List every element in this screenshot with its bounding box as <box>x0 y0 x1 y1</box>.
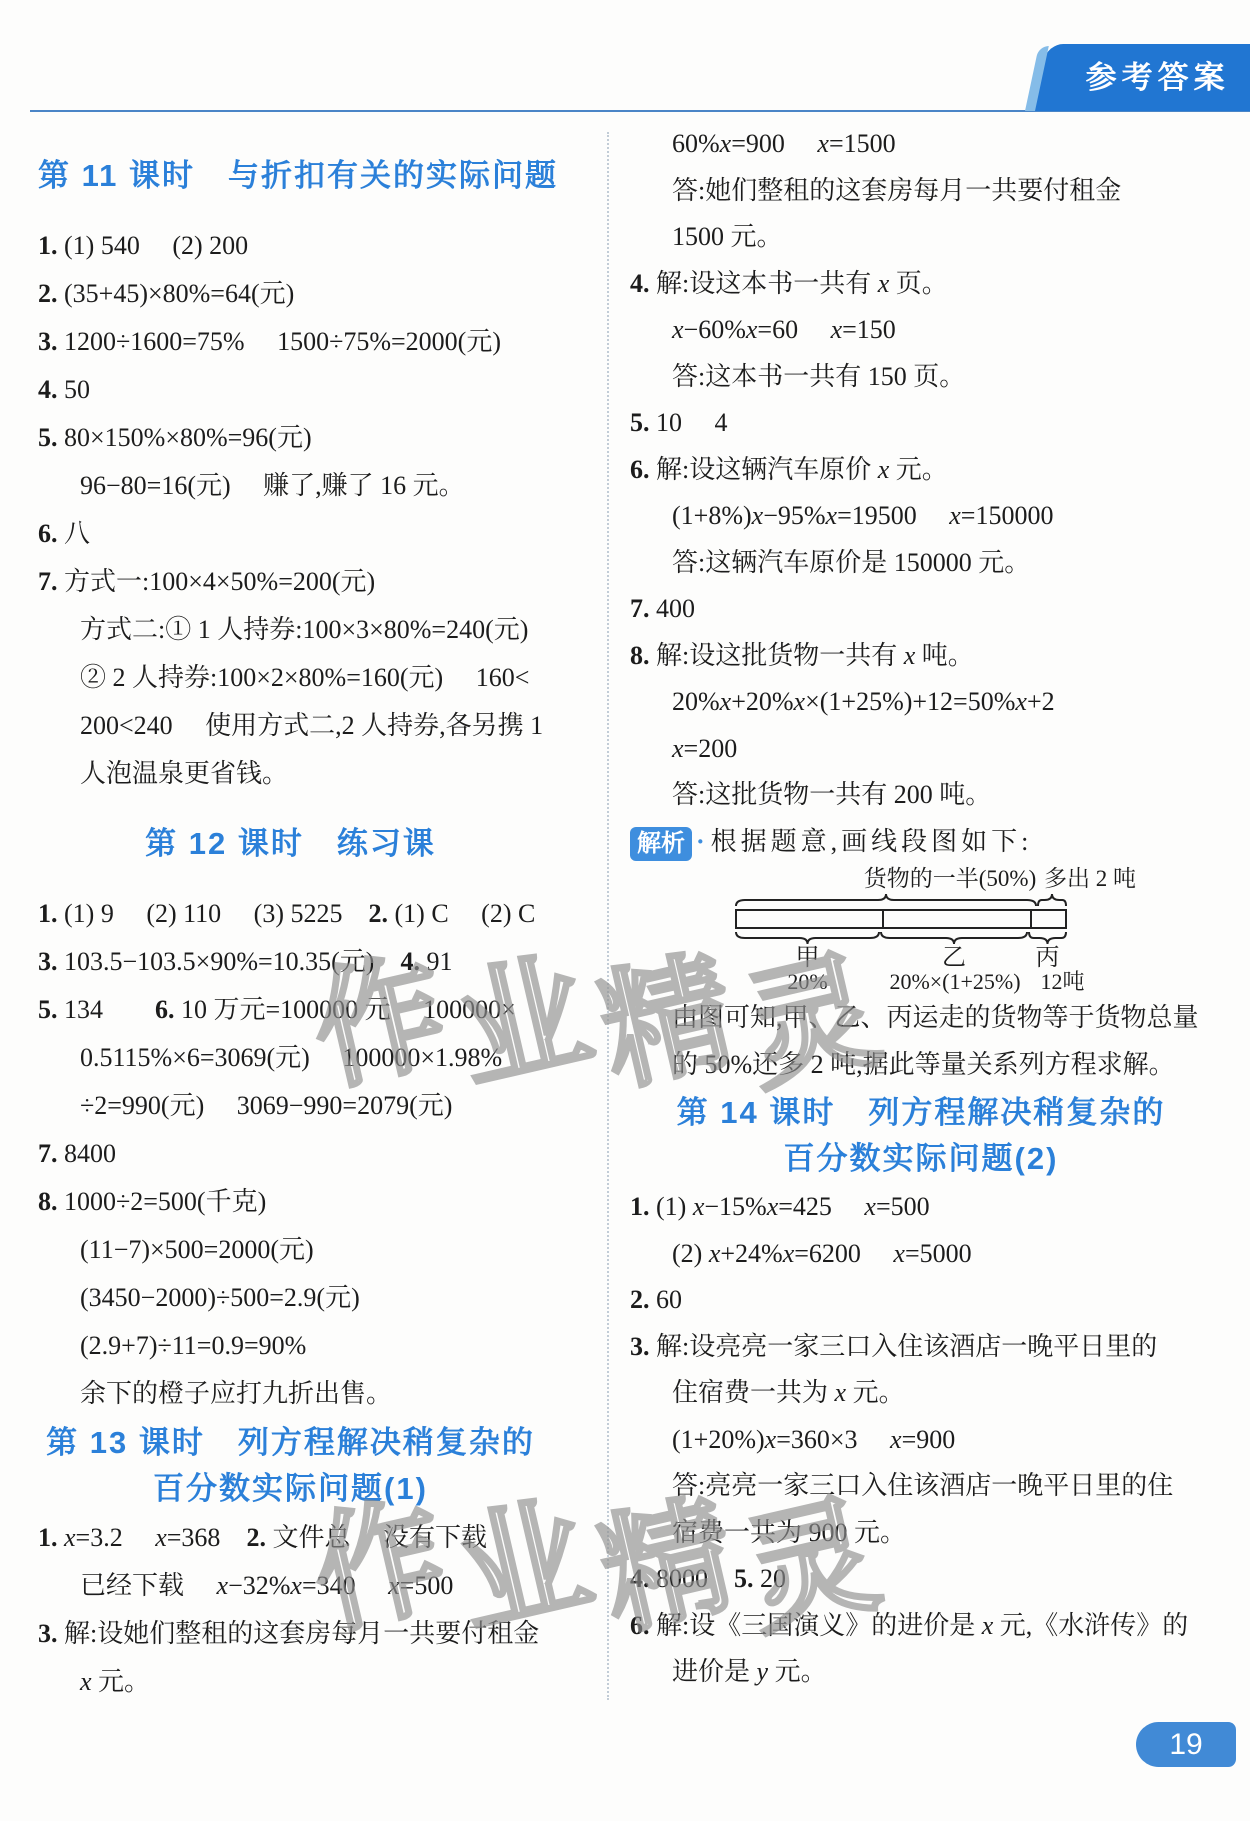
analysis-line: 解析·根据题意,画线段图如下: <box>630 819 1212 866</box>
answer-line: 方式二:① 1 人持券:100×3×80%=240(元) <box>38 606 543 654</box>
answer-line: 5. 10 4 <box>630 400 1212 447</box>
answer-line: 3. 解:设她们整租的这套房每月一共要付租金 <box>38 1610 543 1658</box>
reference-answers-label: 参考答案 <box>1040 44 1250 111</box>
answer-line: 1. (1) x−15%x=425 x=500 <box>630 1184 1212 1231</box>
diagram-tick <box>882 911 884 927</box>
diagram-tick <box>1030 911 1032 927</box>
brace-up <box>735 893 1037 907</box>
answer-line: 由图可知,甲、乙、丙运走的货物等于货物总量 <box>630 995 1212 1042</box>
diagram-group-value: 20% <box>735 969 880 995</box>
answer-line: 已经下载 x−32%x=340 x=500 <box>38 1562 543 1610</box>
answer-line: x−60%x=60 x=150 <box>630 307 1212 354</box>
column-divider <box>607 132 609 1700</box>
section-heading: 第 11 课时 与折扣有关的实际问题 <box>38 152 543 200</box>
section-heading: 第 14 课时 列方程解决稍复杂的 <box>630 1092 1212 1134</box>
answer-line: x 元。 <box>38 1658 543 1706</box>
answer-line: 1500 元。 <box>630 214 1212 261</box>
brace-down <box>880 931 1028 945</box>
answer-line: 6. 八 <box>38 510 543 558</box>
section-heading: 百分数实际问题(2) <box>630 1138 1212 1180</box>
answer-line: 住宿费一共为 x 元。 <box>630 1370 1212 1417</box>
page-number: 19 <box>1169 1728 1202 1761</box>
answer-line: 7. 400 <box>630 586 1212 633</box>
brace-up <box>1037 893 1067 907</box>
reference-answers-tab: 参考答案 <box>1033 44 1250 111</box>
answer-line: 96−80=16(元) 赚了,赚了 16 元。 <box>38 462 543 510</box>
answer-line: 3. 103.5−103.5×90%=10.35(元) 4. 91 <box>38 938 543 986</box>
diagram-group-name: 甲 <box>735 945 880 971</box>
answer-line: ② 2 人持券:100×2×80%=160(元) 160< <box>38 654 543 702</box>
answer-line: 4. 50 <box>38 366 543 414</box>
segment-diagram: 货物的一半(50%)多出 2 吨甲20%乙20%×(1+25%)丙12吨 <box>630 865 1212 995</box>
answer-line: (3450−2000)÷500=2.9(元) <box>38 1274 543 1322</box>
answer-line: 答:这辆汽车原价是 150000 元。 <box>630 540 1212 587</box>
section-heading: 百分数实际问题(1) <box>38 1468 543 1510</box>
answer-line: 5. 80×150%×80%=96(元) <box>38 414 543 462</box>
right-column: 60%x=900 x=1500答:她们整租的这套房每月一共要付租金1500 元。… <box>630 121 1212 1696</box>
answer-line: 3. 解:设亮亮一家三口入住该酒店一晚平日里的 <box>630 1324 1212 1371</box>
analysis-badge-dot: · <box>696 827 705 856</box>
answer-line: 0.5115%×6=3069(元) 100000×1.98% <box>38 1034 543 1082</box>
answer-line: 3. 1200÷1600=75% 1500÷75%=2000(元) <box>38 318 543 366</box>
answer-page: 参考答案 第 11 课时 与折扣有关的实际问题1. (1) 540 (2) 20… <box>0 0 1250 1821</box>
answer-line: 2. 60 <box>630 1277 1212 1324</box>
diagram-group-value: 20%×(1+25%) <box>875 969 1035 995</box>
answer-line: (2) x+24%x=6200 x=5000 <box>630 1231 1212 1278</box>
answer-line: 6. 解:设这辆汽车原价 x 元。 <box>630 447 1212 494</box>
answer-line: 200<240 使用方式二,2 人持券,各另携 1 <box>38 702 543 750</box>
answer-line: 宿费一共为 900 元。 <box>630 1510 1212 1557</box>
answer-line: 1. x=3.2 x=368 2. 文件总 没有下载 <box>38 1514 543 1562</box>
answer-line: 7. 8400 <box>38 1130 543 1178</box>
diagram-group-value: 12吨 <box>1015 969 1110 995</box>
brace-down <box>1028 931 1067 945</box>
answer-line: 答:亮亮一家三口入住该酒店一晚平日里的住 <box>630 1463 1212 1510</box>
left-column: 第 11 课时 与折扣有关的实际问题1. (1) 540 (2) 2002. (… <box>38 130 543 1706</box>
diagram-bar <box>735 909 1067 929</box>
answer-line: 8. 1000÷2=500(千克) <box>38 1178 543 1226</box>
answer-line: 8. 解:设这批货物一共有 x 吨。 <box>630 633 1212 680</box>
answer-line: 20%x+20%x×(1+25%)+12=50%x+2 <box>630 679 1212 726</box>
answer-line: 4. 解:设这本书一共有 x 页。 <box>630 261 1212 308</box>
diagram-group-name: 丙 <box>990 945 1105 971</box>
answer-line: (2.9+7)÷11=0.9=90% <box>38 1322 543 1370</box>
answer-line: 答:她们整租的这套房每月一共要付租金 <box>630 168 1212 215</box>
answer-line: 答:这本书一共有 150 页。 <box>630 354 1212 401</box>
answer-line: 7. 方式一:100×4×50%=200(元) <box>38 558 543 606</box>
answer-line: 1. (1) 540 (2) 200 <box>38 222 543 270</box>
answer-line: 答:这批货物一共有 200 吨。 <box>630 772 1212 819</box>
page-number-pill: 19 <box>1136 1722 1236 1767</box>
answer-line: (1+20%)x=360×3 x=900 <box>630 1417 1212 1464</box>
analysis-badge: 解析 <box>630 827 692 861</box>
section-heading: 第 12 课时 练习课 <box>38 820 543 868</box>
diagram-extra-label: 多出 2 吨 <box>1030 865 1150 893</box>
answer-line: 1. (1) 9 (2) 110 (3) 5225 2. (1) C (2) C <box>38 890 543 938</box>
section-heading: 第 13 课时 列方程解决稍复杂的 <box>38 1422 543 1464</box>
analysis-text: 根据题意,画线段图如下: <box>711 827 1033 856</box>
answer-line: 人泡温泉更省钱。 <box>38 750 543 798</box>
answer-line: 进价是 y 元。 <box>630 1649 1212 1696</box>
answer-line: 5. 134 6. 10 万元=100000 元 100000× <box>38 986 543 1034</box>
answer-line: 6. 解:设《三国演义》的进价是 x 元,《水浒传》的 <box>630 1603 1212 1650</box>
answer-line: (1+8%)x−95%x=19500 x=150000 <box>630 493 1212 540</box>
answer-line: x=200 <box>630 726 1212 773</box>
answer-line: 余下的橙子应打九折出售。 <box>38 1370 543 1418</box>
answer-line: 2. (35+45)×80%=64(元) <box>38 270 543 318</box>
answer-line: (11−7)×500=2000(元) <box>38 1226 543 1274</box>
answer-line: 的 50%还多 2 吨,据此等量关系列方程求解。 <box>630 1042 1212 1089</box>
answer-line: 4. 8000 5. 20 <box>630 1556 1212 1603</box>
answer-line: 60%x=900 x=1500 <box>630 121 1212 168</box>
brace-down <box>735 931 880 945</box>
answer-line: ÷2=990(元) 3069−990=2079(元) <box>38 1082 543 1130</box>
